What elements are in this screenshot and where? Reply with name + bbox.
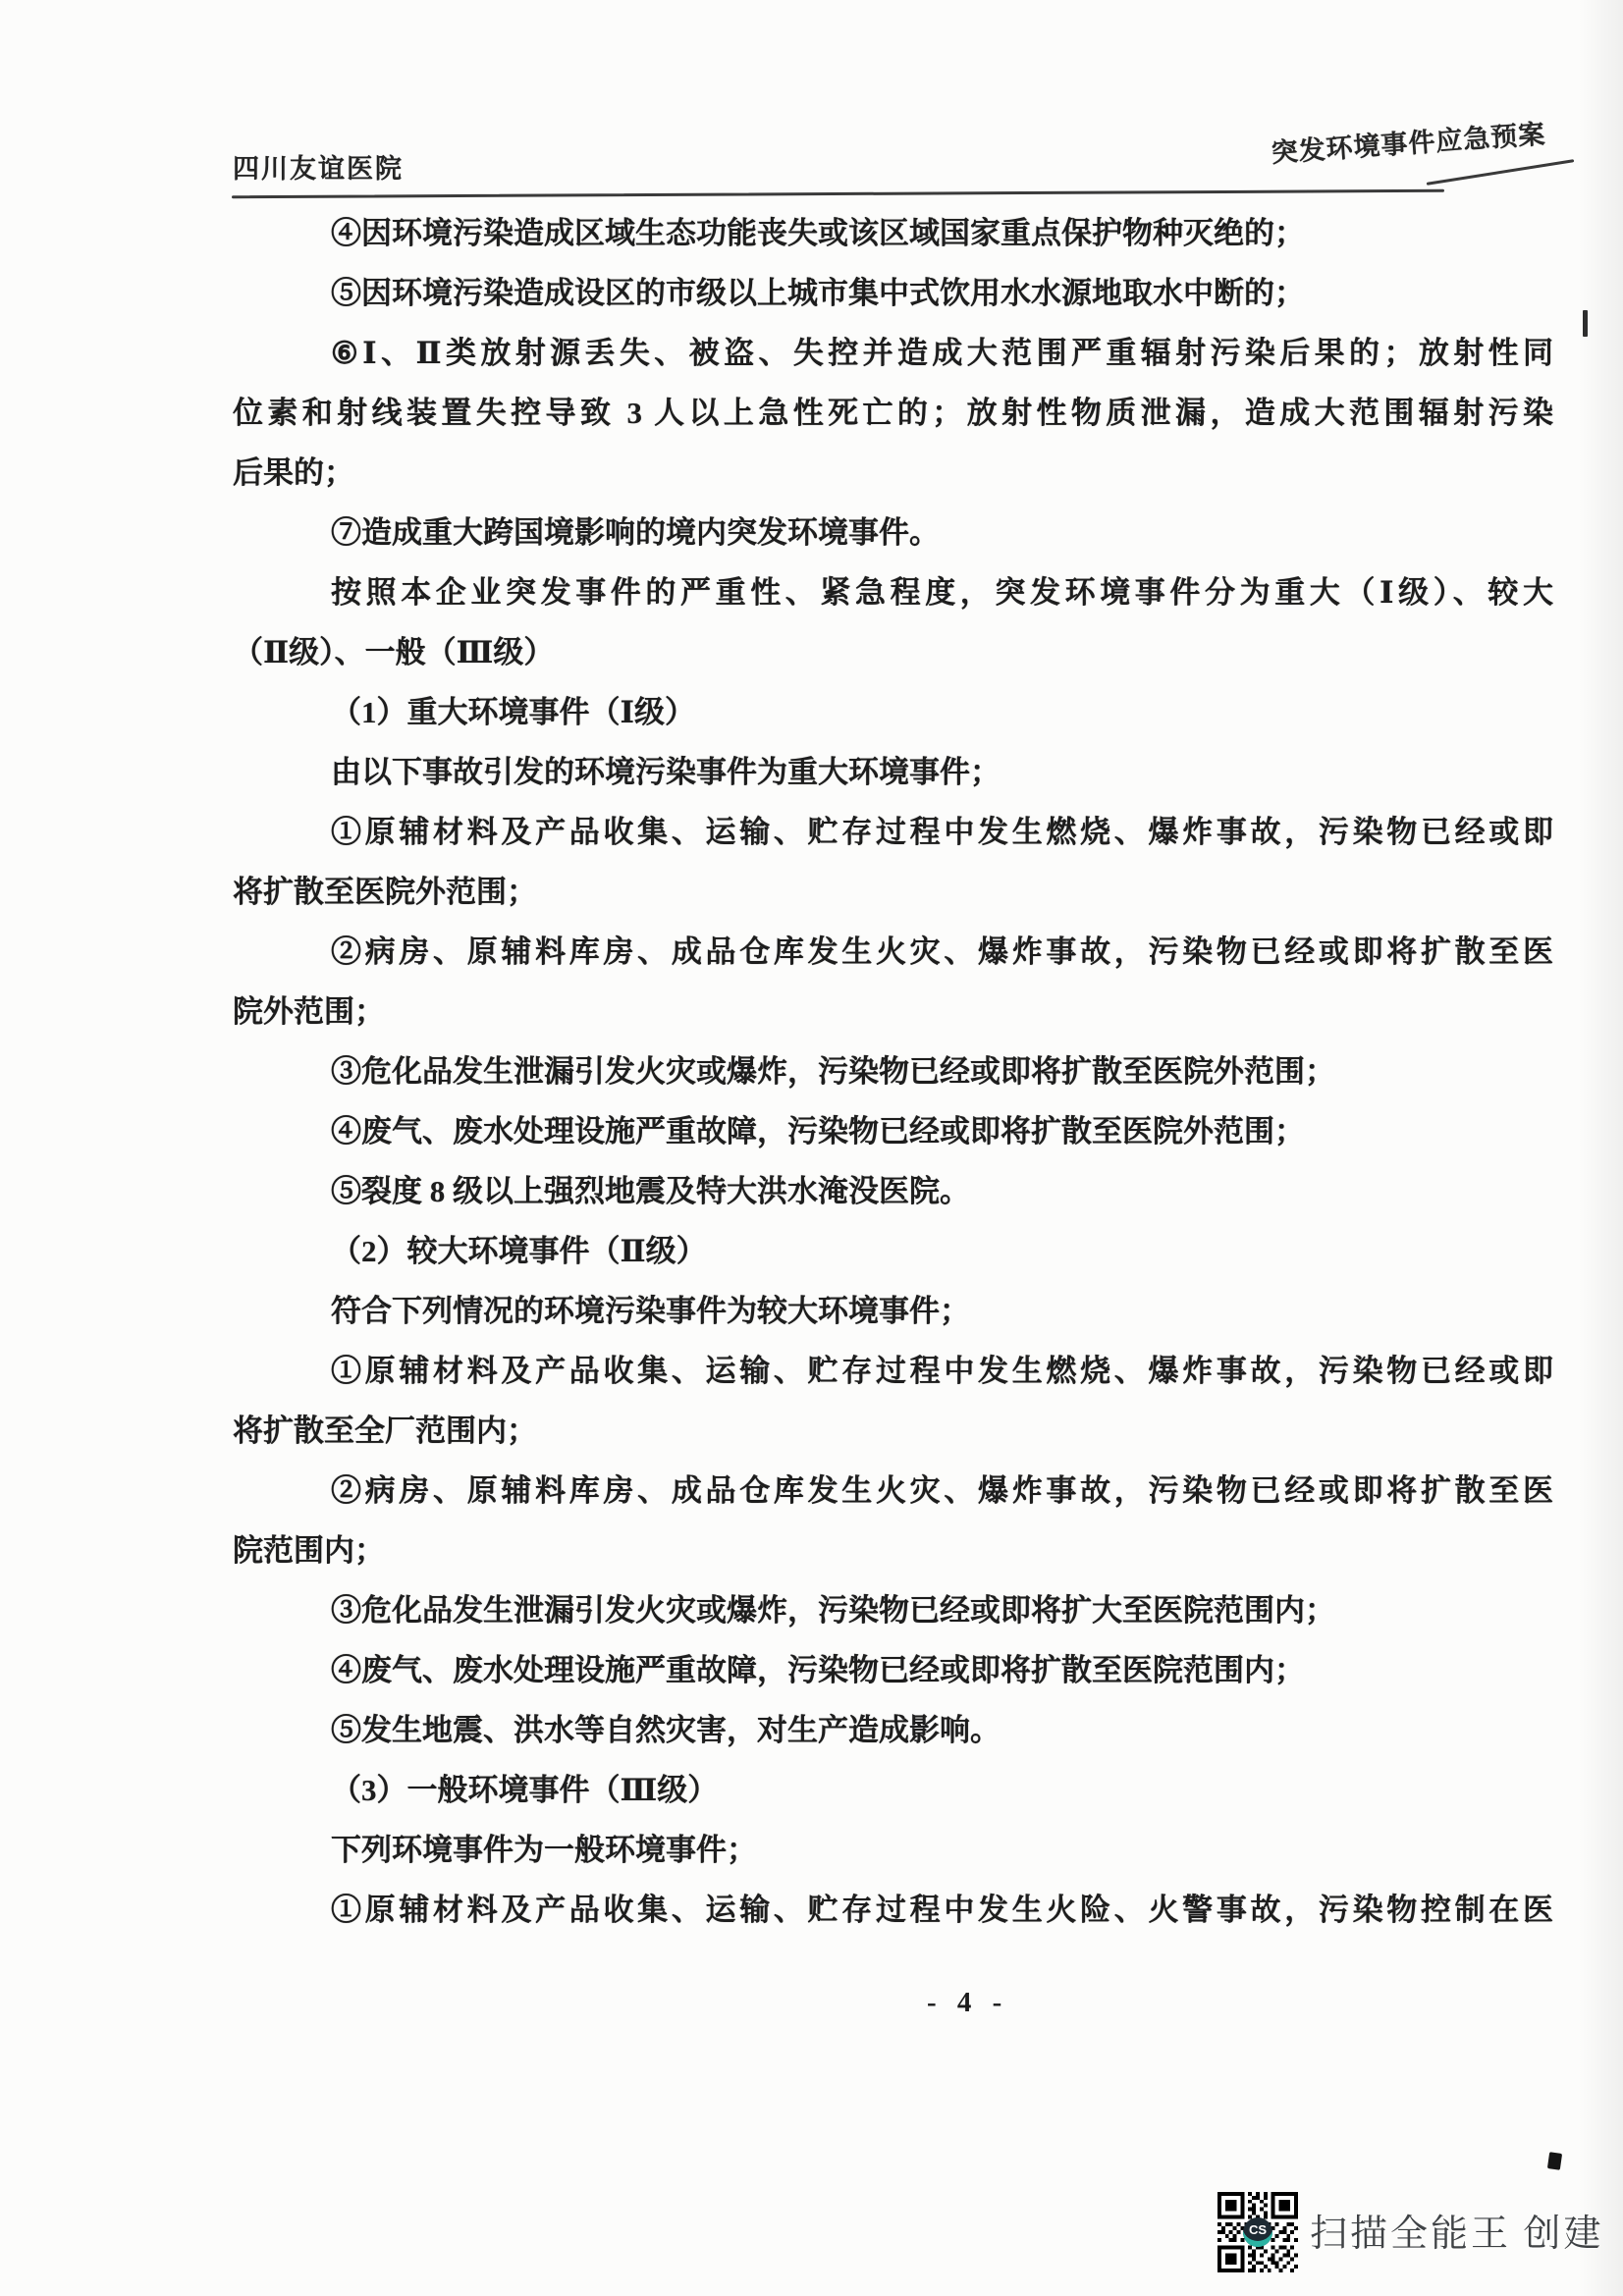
qr-code-icon: CS (1217, 2192, 1298, 2272)
header-left-title: 四川友谊医院 (233, 147, 404, 186)
document-line: ⑤裂度 8 级以上强烈地震及特大洪水淹没医院。 (233, 1161, 1553, 1221)
document-line: 院范围内； (233, 1521, 1553, 1580)
scanner-watermark-label: 扫描全能王 创建 (1310, 2203, 1604, 2257)
document-line: 由以下事故引发的环境污染事件为重大环境事件； (233, 742, 1553, 802)
camscanner-logo-icon: CS (1243, 2217, 1272, 2247)
document-line: （3）一般环境事件（Ⅲ级） (233, 1760, 1553, 1820)
document-line: ②病房、原辅料库房、成品仓库发生火灾、爆炸事故，污染物已经或即将扩散至医 (233, 1461, 1553, 1521)
document-line: ⑤发生地震、洪水等自然灾害，对生产造成影响。 (233, 1700, 1553, 1760)
document-body: ④因环境污染造成区域生态功能丧失或该区域国家重点保护物种灭绝的；⑤因环境污染造成… (233, 203, 1553, 1940)
document-line: （1）重大环境事件（Ⅰ级） (233, 682, 1553, 742)
header-rule (232, 189, 1444, 198)
document-line: ④废气、废水处理设施严重故障，污染物已经或即将扩散至医院范围内； (233, 1640, 1553, 1700)
document-line: ③危化品发生泄漏引发火灾或爆炸，污染物已经或即将扩大至医院范围内； (233, 1580, 1553, 1640)
scan-corner-artifact (1547, 2152, 1562, 2170)
document-line: 后果的； (233, 443, 1553, 503)
document-line: ①原辅材料及产品收集、运输、贮存过程中发生燃烧、爆炸事故，污染物已经或即 (233, 1341, 1553, 1401)
document-line: 将扩散至医院外范围； (233, 862, 1553, 922)
scanned-document-page: 四川友谊医院 突发环境事件应急预案 ④因环境污染造成区域生态功能丧失或该区域国家… (0, 0, 1623, 2296)
document-line: （2）较大环境事件（Ⅱ级） (233, 1221, 1553, 1281)
document-line: 按照本企业突发事件的严重性、紧急程度，突发环境事件分为重大（Ⅰ级）、较大 (233, 562, 1553, 622)
document-line: ①原辅材料及产品收集、运输、贮存过程中发生火险、火警事故，污染物控制在医 (233, 1880, 1553, 1940)
document-line: 位素和射线装置失控导致 3 人以上急性死亡的；放射性物质泄漏，造成大范围辐射污染 (233, 383, 1553, 443)
header-right-title: 突发环境事件应急预案 (1270, 113, 1546, 170)
document-line: ⑤因环境污染造成设区的市级以上城市集中式饮用水水源地取水中断的； (233, 263, 1553, 323)
document-line: ③危化品发生泄漏引发火灾或爆炸，污染物已经或即将扩散至医院外范围； (233, 1041, 1553, 1101)
header-rule-curl (1427, 159, 1575, 186)
document-line: （Ⅱ级）、一般（Ⅲ级） (233, 622, 1553, 682)
document-line: 将扩散至全厂范围内； (233, 1401, 1553, 1461)
document-line: 院外范围； (233, 982, 1553, 1041)
document-line: 符合下列情况的环境污染事件为较大环境事件； (233, 1281, 1553, 1341)
document-line: 下列环境事件为一般环境事件； (233, 1820, 1553, 1880)
document-line: ⑥Ⅰ、Ⅱ类放射源丢失、被盗、失控并造成大范围严重辐射污染后果的；放射性同 (233, 323, 1553, 383)
document-line: ④废气、废水处理设施严重故障，污染物已经或即将扩散至医院外范围； (233, 1101, 1553, 1161)
document-line: ①原辅材料及产品收集、运输、贮存过程中发生燃烧、爆炸事故，污染物已经或即 (233, 802, 1553, 862)
page-number: - 4 - (927, 1987, 1008, 2019)
document-line: ②病房、原辅料库房、成品仓库发生火灾、爆炸事故，污染物已经或即将扩散至医 (233, 922, 1553, 982)
scan-edge-artifact (1583, 310, 1588, 337)
document-line: ⑦造成重大跨国境影响的境内突发环境事件。 (233, 503, 1553, 562)
document-line: ④因环境污染造成区域生态功能丧失或该区域国家重点保护物种灭绝的； (233, 203, 1553, 263)
